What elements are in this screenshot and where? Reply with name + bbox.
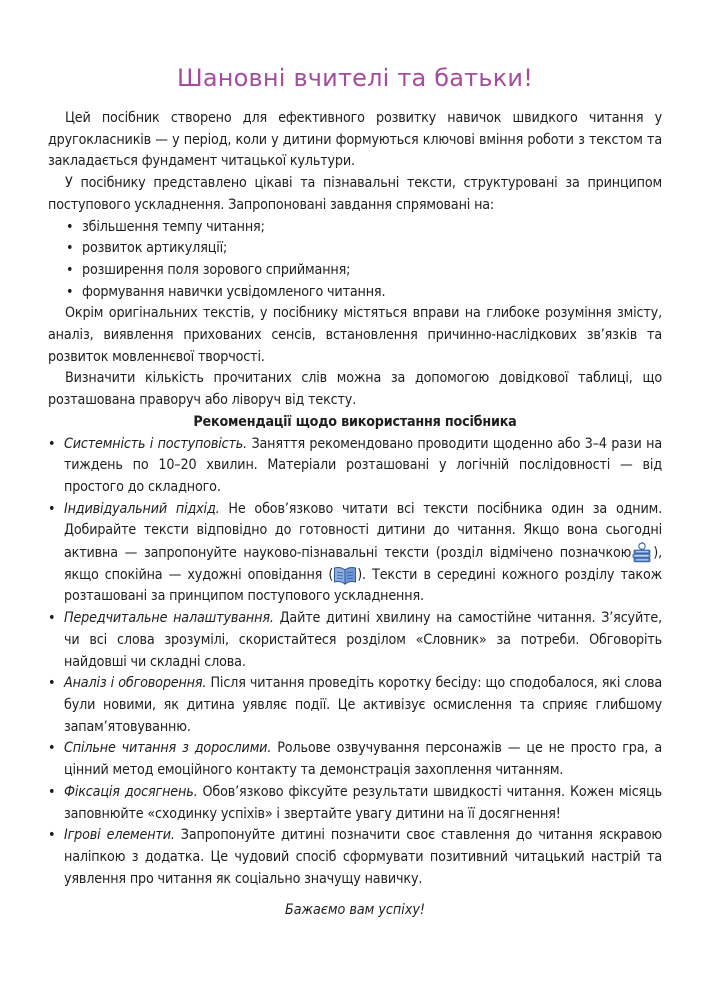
recommendation-item: Ігрові елементи. Запропонуйте дитині поз…	[48, 825, 662, 890]
recommendations-list: Системність і поступовість. Заняття реко…	[48, 434, 662, 891]
books-stack-icon	[631, 542, 653, 564]
recommendation-lead: Передчитальне налаштування.	[64, 610, 274, 626]
recommendation-item: Передчитальне налаштування. Дайте дитині…	[48, 608, 662, 673]
document-page: Шановні вчителі та батьки! Цей посібник …	[48, 60, 662, 936]
recommendation-lead: Аналіз і обговорення.	[64, 675, 206, 691]
recommendation-lead: Індивідуальний підхід.	[64, 501, 220, 517]
goal-item: розвиток артикуляції;	[66, 238, 662, 260]
recommendation-item: Фіксація досягнень. Обов’язково фіксуйте…	[48, 782, 662, 825]
recommendations-heading: Рекомендації щодо використання посібника	[48, 412, 662, 434]
recommendation-item: Індивідуальний підхід. Не обов’язково чи…	[48, 499, 662, 609]
intro-paragraph-3: Окрім оригінальних текстів, у посібнику …	[48, 303, 662, 368]
recommendation-item: Спільне читання з дорослими. Рольове озв…	[48, 738, 662, 781]
goal-item: розширення поля зорового сприймання;	[66, 260, 662, 282]
intro-paragraph-4: Визначити кількість прочитаних слів можн…	[48, 368, 662, 411]
goals-list: збільшення темпу читання; розвиток артик…	[48, 217, 662, 304]
goal-item: збільшення темпу читання;	[66, 217, 662, 239]
recommendation-lead: Фіксація досягнень.	[64, 784, 197, 800]
intro-paragraph-2: У посібнику представлено цікаві та пізна…	[48, 173, 662, 216]
closing-wish: Бажаємо вам успіху!	[48, 900, 662, 922]
recommendation-lead: Ігрові елементи.	[64, 827, 175, 843]
recommendation-item: Аналіз і обговорення. Після читання пров…	[48, 673, 662, 738]
open-book-icon	[333, 565, 357, 585]
recommendation-lead: Системність і поступовість.	[64, 436, 247, 452]
recommendation-lead: Спільне читання з дорослими.	[64, 740, 271, 756]
recommendation-item: Системність і поступовість. Заняття реко…	[48, 434, 662, 499]
intro-paragraph-1: Цей посібник створено для ефективного ро…	[48, 108, 662, 173]
page-title: Шановні вчителі та батьки!	[48, 60, 662, 96]
goal-item: формування навички усвідомленого читання…	[66, 282, 662, 304]
